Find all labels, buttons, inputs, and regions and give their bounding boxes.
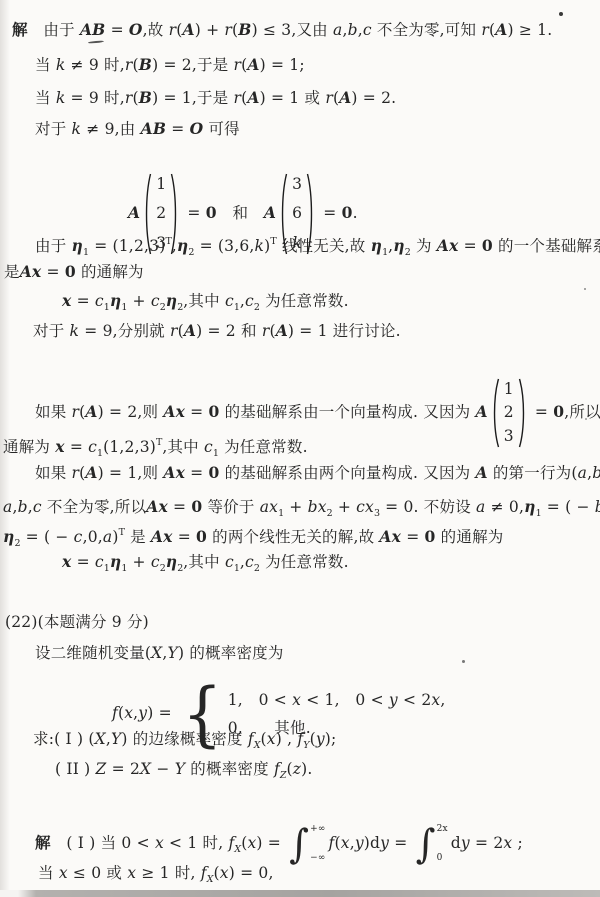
sol21-line-rank1-case: 如果 r(A) = 1,则 Ax = 0 的基础解系由两个向量构成. 又因为 A… xyxy=(35,462,600,484)
sol21-line-k-neq-9: 当 k ≠ 9 时,r(B) = 2,于是 r(A) = 1; xyxy=(35,54,305,76)
sol21-line-rank-bound: 解 由于 AB = O,故 r(A) + r(B) ≤ 3,又由 a,b,c 不… xyxy=(12,19,552,41)
problem22-part1-question: 求:( I ) (X,Y) 的边缘概率密度 fX(x) , fY(y); xyxy=(33,729,336,756)
sol21-line-for-k-neq-9: 对于 k ≠ 9,由 AB = O 可得 xyxy=(35,118,240,140)
pen-underline-mark xyxy=(88,40,104,43)
sol21-line-general-sol-intro: 是Ax = 0 的通解为 xyxy=(4,261,144,283)
scan-bottom-edge xyxy=(0,890,600,897)
scan-speck xyxy=(462,660,465,663)
sol21-line-rank1-eta2: η2 = ( − c,0,a)T 是 Ax = 0 的两个线性无关的解,故 Ax… xyxy=(3,522,503,554)
problem22-part2-question: ( II ) Z = 2X − Y 的概率密度 fZ(z). xyxy=(55,759,312,786)
scan-speck xyxy=(585,418,587,420)
sol21-line-k-eq-9: 当 k = 9 时,r(B) = 1,于是 r(A) = 1 或 r(A) = … xyxy=(35,87,396,109)
sol21-line-rank2-solution: 通解为 x = c1(1,2,3)T,其中 c1 为任意常数. xyxy=(3,432,308,464)
document-page: 解 由于 AB = O,故 r(A) + r(B) ≤ 3,又由 a,b,c 不… xyxy=(0,0,600,897)
sol21-line-rank1-equiv: a,b,c 不全为零,所以Ax = 0 等价于 ax1 + bx2 + cx3 … xyxy=(3,492,600,524)
scan-speck xyxy=(559,12,563,16)
sol21-line-general-sol-1: x = c1η1 + c2η2,其中 c1,c2 为任意常数. xyxy=(62,290,349,318)
sol21-line-eta-basis: 由于 η1 = (1,2,3)T,η2 = (3,6,k)T 线性无关,故 η1… xyxy=(35,231,600,263)
sol21-line-general-sol-2: x = c1η1 + c2η2,其中 c1,c2 为任意常数. xyxy=(62,551,349,579)
sol22-line-marginal-fx: 解 ( I ) 当 0 < x < 1 时, fX(x) = ∫+∞−∞f(x,… xyxy=(35,824,523,864)
scan-speck xyxy=(584,288,586,290)
sol21-line-discuss-k9: 对于 k = 9,分别就 r(A) = 2 和 r(A) = 1 进行讨论. xyxy=(33,320,401,342)
sol22-line-fx-zero: 当 x ≤ 0 或 x ≥ 1 时, fX(x) = 0, xyxy=(38,863,274,890)
problem22-heading: (22)(本题满分 9 分) xyxy=(5,612,149,633)
problem22-setup: 设二维随机变量(X,Y) 的概率密度为 xyxy=(35,643,284,664)
